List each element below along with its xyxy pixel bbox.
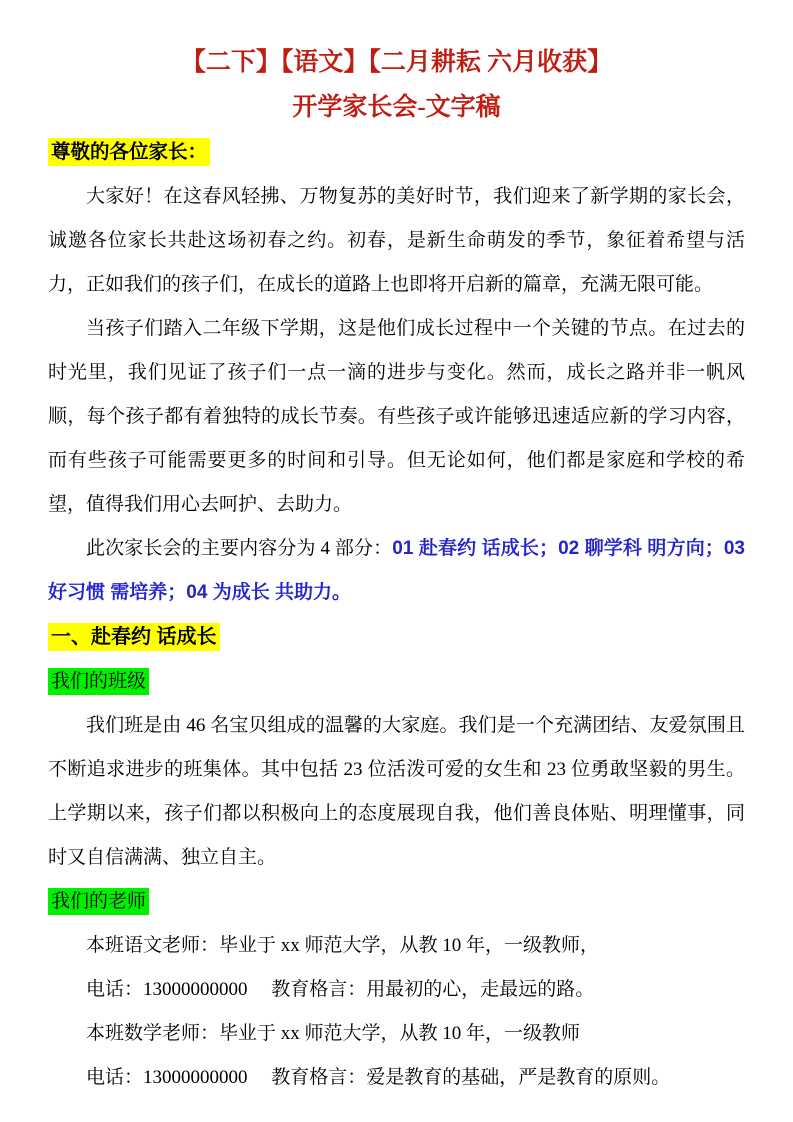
teacher-line-math-phone: 电话：13000000000 教育格言：爱是教育的基础，严是教育的原则。 <box>48 1056 745 1100</box>
class-label-line: 我们的班级 <box>48 660 745 704</box>
teacher-line-chinese: 本班语文老师：毕业于 xx 师范大学，从教 10 年，一级教师， <box>48 924 745 968</box>
salutation-line: 尊敬的各位家长： <box>48 130 745 175</box>
document-title: 【二下】【语文】【二月耕耘 六月收获】 开学家长会-文字稿 <box>48 40 745 130</box>
paragraph-class: 我们班是由 46 名宝贝组成的温馨的大家庭。我们是一个充满团结、友爱氛围且不断追… <box>48 704 745 880</box>
paragraph-growth: 当孩子们踏入二年级下学期，这是他们成长过程中一个关键的节点。在过去的时光里，我们… <box>48 307 745 527</box>
teachers-label: 我们的老师 <box>48 888 149 915</box>
teacher-line-chinese-phone: 电话：13000000000 教育格言：用最初的心，走最远的路。 <box>48 968 745 1012</box>
agenda-lead-text: 此次家长会的主要内容分为 4 部分： <box>86 538 392 559</box>
teachers-label-line: 我们的老师 <box>48 880 745 924</box>
section1-heading-line: 一、赴春约 话成长 <box>48 615 745 660</box>
section1-heading: 一、赴春约 话成长 <box>48 623 220 651</box>
class-label: 我们的班级 <box>48 668 149 695</box>
title-line-1: 【二下】【语文】【二月耕耘 六月收获】 <box>48 40 745 85</box>
paragraph-agenda: 此次家长会的主要内容分为 4 部分：01 赴春约 话成长；02 聊学科 明方向；… <box>48 527 745 615</box>
salutation-text: 尊敬的各位家长： <box>48 138 210 166</box>
title-line-2: 开学家长会-文字稿 <box>48 85 745 130</box>
document-page: 【二下】【语文】【二月耕耘 六月收获】 开学家长会-文字稿 尊敬的各位家长： 大… <box>0 0 793 1122</box>
paragraph-opening: 大家好！在这春风轻拂、万物复苏的美好时节，我们迎来了新学期的家长会，诚邀各位家长… <box>48 175 745 307</box>
teacher-line-math: 本班数学老师：毕业于 xx 师范大学，从教 10 年，一级教师 <box>48 1012 745 1056</box>
